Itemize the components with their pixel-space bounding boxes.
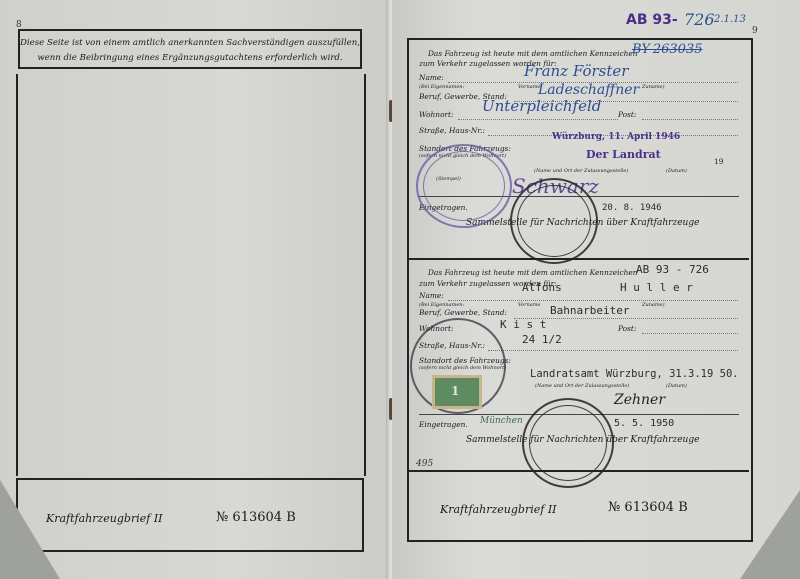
entry1-authority: Der Landrat [586, 148, 661, 161]
entry2-eingetragen-place: München [480, 416, 523, 426]
entry1-beruf-value: Ladeschaffner [538, 82, 639, 98]
entry1-place-date: Würzburg, 11. April 1946 [552, 132, 680, 142]
entry1-post-label: Post: [618, 110, 636, 119]
entry1-wohnort-value: Unterpleichfeld [482, 97, 601, 115]
instruction-header: Diese Seite ist von einem amtlich anerka… [18, 29, 362, 69]
entry2-post-label: Post: [618, 324, 636, 333]
dotted-line [488, 350, 738, 351]
entry1-eingetragen-date: 20. 8. 1946 [602, 203, 662, 213]
entry1-name-sub: (Bei Eigennamen: [419, 84, 464, 90]
entry1-name-value: Franz Förster [524, 62, 628, 80]
booklet-number: № 613604 B [216, 510, 296, 525]
entry2-beruf-label: Beruf, Gewerbe, Stand: [419, 308, 507, 317]
entry2-intro-line1: Das Fahrzeug ist heute mit dem amtlichen… [428, 268, 638, 277]
entry1-year-prefix: 19 [714, 157, 723, 166]
entry2-beruf-value: Bahnarbeiter [550, 304, 629, 317]
ministry-stamp [510, 178, 598, 264]
entry1-zuname-sub: Zuname) [642, 84, 665, 90]
entry1-intro-line1: Das Fahrzeug ist heute mit dem amtlichen… [428, 49, 638, 58]
entry1-old-plate: BY-263035 [632, 42, 703, 57]
entry2-datum-sub: (Datum) [666, 383, 687, 389]
header-line-2: wenn die Beibringung eines Ergänzungsgut… [20, 51, 360, 66]
page-number: 9 [752, 26, 758, 36]
plate-note: 2.1.13 [714, 14, 746, 25]
entry2-vorname-value: Alfons [522, 281, 562, 294]
entry2-wohnort-value: K i s t [500, 318, 546, 331]
entry2-zuname-sub: Zuname) [642, 302, 665, 308]
dotted-line [458, 119, 618, 120]
right-page: 9 AB 93- 726 2.1.13 Das Fahrzeug ist heu… [392, 0, 800, 579]
dotted-line [514, 318, 738, 319]
booklet-number: № 613604 B [608, 500, 688, 515]
margin-note: 495 [416, 459, 433, 469]
entry2-plate: AB 93 - 726 [636, 263, 709, 276]
dotted-line [642, 119, 738, 120]
plate-handwritten: 726 [684, 10, 715, 29]
dotted-line [448, 300, 738, 301]
blank-expert-section [16, 74, 366, 476]
entry2-eingetragen-date: 5. 5. 1950 [614, 418, 674, 429]
revenue-stamp-value: 1 [451, 384, 459, 398]
entry2-strasse-value: 24 1/2 [522, 333, 562, 346]
entry1-name-label: Name: [419, 73, 444, 82]
revenue-stamp: 1 [432, 375, 482, 409]
entry2-name-label: Name: [419, 291, 444, 300]
header-line-1: Diese Seite ist von einem amtlich anerka… [20, 36, 360, 51]
entry1-wohnort-label: Wohnort: [419, 110, 454, 119]
booklet-title: Kraftfahrzeugbrief II [46, 512, 163, 525]
entry2-vorname-sub: Vorname [518, 302, 540, 308]
booklet-title: Kraftfahrzeugbrief II [440, 503, 557, 516]
entry-divider [409, 258, 749, 260]
entry2-signature: Zehner [614, 392, 665, 408]
entry1-datum-sub: (Datum) [666, 168, 687, 174]
entry1-strasse-label: Straße, Haus-Nr.: [419, 126, 485, 135]
entry2-eingetragen-label: Eingetragen. [419, 420, 468, 429]
entry2-authority: Landratsamt Würzburg, 31.3.19 50. [530, 368, 739, 380]
left-page: 8 Diese Seite ist von einem amtlich aner… [0, 0, 392, 579]
entry2-authority-sub: (Name und Ort der Zulassungsstelle) [535, 383, 629, 389]
entry-divider [409, 470, 749, 472]
plate-stamp: AB 93- [626, 12, 678, 28]
dotted-line [642, 333, 738, 334]
landratsamt-stamp [416, 144, 512, 228]
interior-ministry-stamp [522, 398, 614, 488]
left-footer: Kraftfahrzeugbrief II № 613604 B [16, 478, 364, 552]
entry2-zuname-value: H u l l e r [620, 281, 693, 294]
